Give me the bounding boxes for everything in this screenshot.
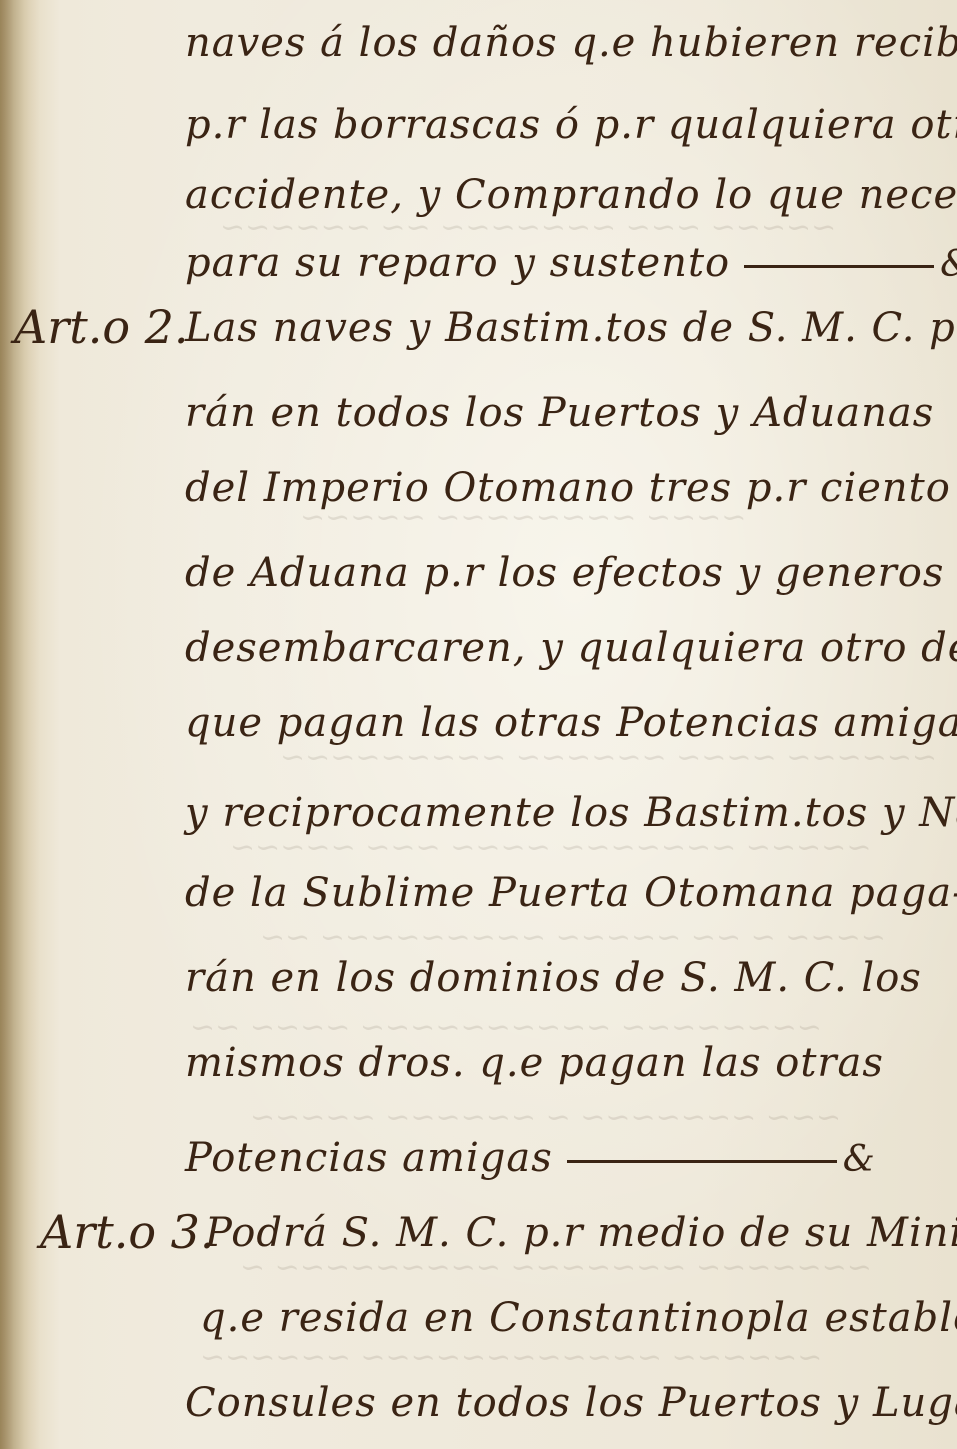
- manuscript-line: q.e resida en Constantinopla establecer: [200, 1295, 957, 1341]
- manuscript-line: naves á los daños q.e hubieren recibido: [185, 20, 957, 66]
- line-text: para su reparo y sustento: [185, 240, 730, 286]
- line-filler-dash: [744, 265, 934, 268]
- manuscript-line: y reciprocamente los Bastim.tos y Naves: [185, 790, 957, 836]
- article-2-label: Art.o 2.: [14, 300, 189, 354]
- manuscript-line: desembarcaren, y qualquiera otro derecho: [185, 625, 957, 671]
- ink-bleed-through: ~~~~~~ ~~~~~~~~~~~~ ~~~~~~: [200, 1340, 822, 1375]
- binding-edge-stain: [0, 0, 40, 1449]
- ink-bleed-through: ~~~~ ~ ~~ ~~~~~ ~~~~~~~~~ ~~: [260, 920, 886, 955]
- manuscript-line: accidente, y Comprando lo que necesiten: [185, 172, 957, 218]
- manuscript-line: Potencias amigas&: [185, 1135, 876, 1181]
- end-mark: &: [940, 244, 957, 285]
- line-text: Potencias amigas: [185, 1135, 553, 1181]
- manuscript-line: para su reparo y sustento&: [185, 240, 957, 286]
- manuscript-line: Las naves y Bastim.tos de S. M. C. paga-: [185, 305, 957, 351]
- manuscript-line: mismos dros. q.e pagan las otras: [185, 1040, 884, 1086]
- manuscript-line: de Aduana p.r los efectos y generos q.e: [185, 550, 957, 596]
- manuscript-line: Podrá S. M. C. p.r medio de su Ministro: [205, 1210, 957, 1256]
- ink-bleed-through: ~~~ ~~~~~~~ ~ ~~~~~~ ~~~~~: [250, 1100, 841, 1135]
- manuscript-line: Consules en todos los Puertos y Lugares: [185, 1380, 957, 1426]
- manuscript-line: rán en los dominios de S. M. C. los: [185, 955, 922, 1001]
- manuscript-line: del Imperio Otomano tres p.r ciento: [185, 465, 951, 511]
- manuscript-line: p.r las borrascas ó p.r qualquiera otro: [185, 102, 957, 148]
- manuscript-line: que pagan las otras Potencias amigas;: [185, 700, 957, 746]
- manuscript-line: rán en todos los Puertos y Aduanas: [185, 390, 934, 436]
- manuscript-line: de la Sublime Puerta Otomana paga-: [185, 870, 957, 916]
- line-filler-dash: [567, 1160, 837, 1163]
- manuscript-page: ~~~~~ ~~~ ~~~~~~~ ~~ ~~~~~~ ~~~~ ~~~~~~~…: [0, 0, 957, 1449]
- article-3-label: Art.o 3.: [40, 1205, 215, 1259]
- end-mark: &: [843, 1139, 876, 1180]
